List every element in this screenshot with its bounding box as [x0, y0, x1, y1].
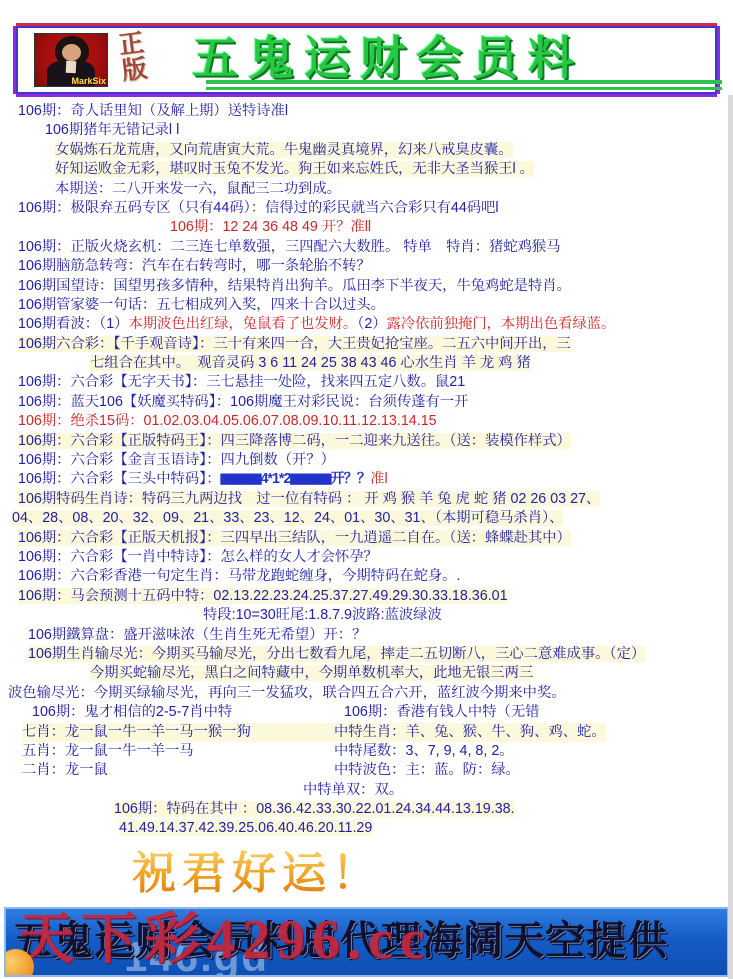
text-line: 女娲炼石龙荒唐，又向荒唐寅大荒。牛鬼幽灵真境界，幻来八戒臭皮囊。	[55, 141, 733, 160]
text-segment: 106期生肖输尽光：今期买马输尽光，分出七数看九尾，摔走二五切断八，三心二意难成…	[28, 646, 645, 662]
text-segment: 106期：马会预测十五码中特：02.13.22.23.24.25.37.27.4…	[18, 588, 508, 604]
text-line: 106期：六合彩【无字天书】：三七悬挂一处险，找来四五定八数。鼠21	[18, 373, 733, 392]
text-line: 04、28、08、20、32、09、21、33、23、12、24、01、30、3…	[12, 509, 733, 528]
text-line: 好知运败金无彩，堪叹时玉兔不发光。狗王如来忘姓氏，无非大圣当猴王l 。	[55, 160, 733, 179]
text-line: 106期：绝杀15码：01.02.03.04.05.06.07.08.09.10…	[18, 412, 733, 431]
text-segment: 106期鐵算盘：盛开滋味浓（生肖生死无希望）开：？	[28, 627, 366, 643]
text-segment: 106期特码生肖诗：特码三九两边找 过一位有特码 ： 开 鸡 猴 羊 兔 虎 蛇…	[18, 491, 600, 507]
wish-text: 祝君好运！	[132, 847, 492, 903]
text-segment: 七肖：龙一鼠一牛一羊一马一猴一狗	[22, 723, 334, 742]
text-segment: 今期买蛇输尽光，黑白之间特藏中，今期单数机率大，此地无银三两三	[90, 665, 533, 681]
photo-caption: MarkSix	[71, 76, 106, 86]
text-segment: 波色输尽光：今期买绿输尽光，再向三一发猛攻，联合四五合六开，蓝红波今期来中奖。	[8, 685, 566, 701]
text-segment: 中特生肖：羊、兔、猴、牛、狗、鸡、蛇。	[334, 723, 606, 742]
title-underline	[206, 80, 722, 90]
text-segment: 106期：鬼才相信的2-5-7肖中特	[32, 703, 344, 722]
text-line: 七肖：龙一鼠一牛一羊一马一猴一狗中特生肖：羊、兔、猴、牛、狗、鸡、蛇。	[22, 723, 733, 742]
text-segment: 106期：蓝天106【妖魔买特码】：106期魔王对彩民说：台须传蓬有一开	[18, 394, 468, 410]
text-segment: 本期送：二八开来发一六，鼠配三二功到成。	[55, 181, 341, 197]
text-segment: 04、28、08、20、32、09、21、33、23、12、24、01、30、3…	[12, 510, 563, 526]
text-line: 41.49.14.37.42.39.25.06.40.46.20.11.29	[119, 819, 733, 838]
text-segment: 女娲炼石龙荒唐，又向荒唐寅大荒。牛鬼幽灵真境界，幻来八戒臭皮囊。	[55, 142, 513, 158]
text-line: 今期买蛇输尽光，黑白之间特藏中，今期单数机率大，此地无银三两三	[90, 664, 733, 683]
text-line: 106期脑筋急转弯：汽车在右转弯时，哪一条轮胎不转？	[18, 257, 733, 276]
text-line: 二肖：龙一鼠中特波色：主：蓝。防：绿。	[22, 761, 733, 780]
text-segment: 好知运败金无彩，堪叹时玉兔不发光。狗王如来忘姓氏，无非大圣当猴王l 。	[55, 161, 534, 177]
text-line: 106期：六合彩【正版天机报】：三四早出三结队，一九逍遥二自在。（送：蜂蝶赴其中…	[18, 529, 733, 548]
text-segment: 本期波色出红绿，兔鼠看了也发财。	[128, 316, 357, 332]
text-segment: 露冷依前独掩门，本期出色看绿蓝。	[387, 316, 616, 332]
text-segment: 106期：特码在其中 ：08.36.42.33.30.22.01.24.34.4…	[114, 801, 515, 817]
title-underline-bar	[206, 87, 722, 90]
text-line: 波色输尽光：今期买绿输尽光，再向三一发猛攻，联合四五合六开，蓝红波今期来中奖。	[8, 684, 733, 703]
text-line: 106期生肖输尽光：今期买马输尽光，分出七数看九尾，摔走二五切断八，三心二意难成…	[28, 645, 733, 664]
text-line: 106期：六合彩【金言玉语诗】：四九倒数（开？）	[18, 451, 733, 470]
text-line: 106期猪年无错记录l l	[45, 121, 733, 140]
text-line: 五肖：龙一鼠一牛一羊一马中特尾数：3、7, 9, 4, 8, 2。	[22, 742, 733, 761]
text-segment: 106期：六合彩【三头中特码】：	[18, 471, 221, 487]
flyer-page: { "header": { "title": "五鬼运财会员料", "stamp…	[0, 0, 733, 979]
right-edge-strip	[728, 95, 733, 979]
text-line: 106期：六合彩【一肖中特诗】：怎么样的女人才会怀孕？	[18, 548, 733, 567]
footer-banner: 146.gd 五鬼运财会员料总代理海阔天空提供 天下彩4296.cc	[4, 907, 729, 977]
text-line: 106期：极限弃五码专区（只有44码）：信得过的彩民就当六合彩只有44码吧l	[18, 199, 733, 218]
text-segment: 106期猪年无错记录l l	[45, 122, 179, 138]
text-line: 106期看波：（1）本期波色出红绿，兔鼠看了也发财。（2）露冷依前独掩门，本期出…	[18, 315, 733, 334]
member-photo: MarkSix	[34, 33, 108, 87]
text-segment: 41.49.14.37.42.39.25.06.40.46.20.11.29	[119, 820, 372, 836]
text-segment: 106期：六合彩【正版特码王】：四三降落博二码，一二迎来九送往。（送：装模作样式…	[18, 433, 571, 449]
header-frame: MarkSix 正版 五鬼运财会员料	[16, 26, 717, 94]
text-segment: 106期：香港有钱人中特（无错	[344, 703, 539, 722]
text-line: 106期：12 24 36 48 49 开？准ll	[170, 218, 733, 237]
text-line: 106期：六合彩香港一句定生肖：马带龙跑蛇缠身，今期特码在蛇身。.	[18, 567, 733, 586]
text-segment: 106期：六合彩【正版天机报】：三四早出三结队，一九逍遥二自在。（送：蜂蝶赴其中…	[18, 530, 571, 546]
text-line: 本期送：二八开来发一六，鼠配三二功到成。	[55, 180, 733, 199]
text-segment: 106期六合彩：【千手观音诗】：三十有来四一合，大王贵妃抢宝座。二五六中间开出，…	[18, 336, 571, 352]
text-segment: 106期看波：（1）	[18, 316, 128, 332]
text-line: 特段:10=30旺尾:1.8.7.9波路:蓝波绿波	[203, 606, 733, 625]
text-segment: 中特波色：主：蓝。防：绿。	[334, 761, 520, 780]
text-line: 106期：特码在其中 ：08.36.42.33.30.22.01.24.34.4…	[114, 800, 733, 819]
text-segment: 二肖：龙一鼠	[22, 761, 334, 780]
text-segment: 106期：极限弃五码专区（只有44码）：信得过的彩民就当六合彩只有44码吧l	[18, 200, 499, 216]
text-line: 106期管家婆一句话：五七相成列入奖，四来十合以过头。	[18, 296, 733, 315]
text-segment: 106期：奇人话里知（及解上期）送特诗准l	[18, 103, 288, 119]
text-segment: 七组合在其中。 观音灵码 3 6 11 24 25 38 43 46 心水生肖 …	[90, 355, 531, 371]
text-line: 106期六合彩：【千手观音诗】：三十有来四一合，大王贵妃抢宝座。二五六中间开出，…	[18, 335, 733, 354]
text-segment: 106期：六合彩香港一句定生肖：马带龙跑蛇缠身，今期特码在蛇身。.	[18, 568, 460, 584]
text-line: 106期：奇人话里知（及解上期）送特诗准l	[18, 102, 733, 121]
text-line: 106期：正版火烧玄机：二三连七单数强，三四配六大数胜。 特单 特肖：猪蛇鸡猴马	[18, 238, 733, 257]
text-line: 106期鐵算盘：盛开滋味浓（生肖生死无希望）开：？	[28, 626, 733, 645]
text-segment: 106期：12 24 36 48 49 开？准ll	[170, 219, 371, 235]
authenticity-stamp: 正版	[113, 30, 153, 86]
text-segment: ▆▆▆4*1*2▆▆▆开？？	[221, 471, 371, 487]
text-line: 106期特码生肖诗：特码三九两边找 过一位有特码 ： 开 鸡 猴 羊 兔 虎 蛇…	[18, 490, 733, 509]
text-segment: 106期管家婆一句话：五七相成列入奖，四来十合以过头。	[18, 297, 385, 313]
body-lines: 106期：奇人话里知（及解上期）送特诗准l106期猪年无错记录l l女娲炼石龙荒…	[0, 96, 733, 839]
text-line: 106期：鬼才相信的2-5-7肖中特106期：香港有钱人中特（无错	[32, 703, 733, 722]
text-segment: （2）	[357, 316, 386, 332]
text-line: 中特单双：双。	[303, 781, 733, 800]
text-line: 七组合在其中。 观音灵码 3 6 11 24 25 38 43 46 心水生肖 …	[90, 354, 733, 373]
text-segment: 106期：六合彩【金言玉语诗】：四九倒数（开？）	[18, 452, 335, 468]
photo-person-face	[62, 44, 81, 61]
text-segment: 106期：六合彩【一肖中特诗】：怎么样的女人才会怀孕？	[18, 549, 378, 565]
text-segment: 106期：六合彩【无字天书】：三七悬挂一处险，找来四五定八数。鼠21	[18, 374, 465, 390]
text-line: 106期：六合彩【三头中特码】：▆▆▆4*1*2▆▆▆开？？准l	[18, 470, 733, 489]
text-segment: 中特尾数：3、7, 9, 4, 8, 2。	[334, 742, 514, 761]
text-segment: 106期国望诗：国望男孩多情种，结果特肖出狗羊。瓜田李下半夜天，牛兔鸡蛇是特肖。	[18, 278, 571, 294]
text-segment: 106期：绝杀15码：01.02.03.04.05.06.07.08.09.10…	[18, 413, 437, 429]
text-line: 106期：马会预测十五码中特：02.13.22.23.24.25.37.27.4…	[18, 587, 733, 606]
text-segment: 五肖：龙一鼠一牛一羊一马	[22, 742, 334, 761]
text-segment: 特段:10=30旺尾:1.8.7.9波路:蓝波绿波	[203, 607, 442, 623]
text-segment: 中特单双：双。	[303, 782, 403, 798]
photo-person-collar	[66, 61, 77, 74]
text-segment: 106期：正版火烧玄机：二三连七单数强，三四配六大数胜。 特单 特肖：猪蛇鸡猴马	[18, 239, 561, 255]
title-underline-bar	[206, 80, 722, 84]
text-segment: 准l	[370, 471, 387, 487]
banner-overlay-text: 天下彩4296.cc	[18, 907, 432, 973]
text-line: 106期：蓝天106【妖魔买特码】：106期魔王对彩民说：台须传蓬有一开	[18, 393, 733, 412]
text-line: 106期国望诗：国望男孩多情种，结果特肖出狗羊。瓜田李下半夜天，牛兔鸡蛇是特肖。	[18, 277, 733, 296]
text-line: 106期：六合彩【正版特码王】：四三降落博二码，一二迎来九送往。（送：装模作样式…	[18, 432, 733, 451]
page-title: 五鬼运财会员料	[158, 22, 709, 88]
text-segment: 106期脑筋急转弯：汽车在右转弯时，哪一条轮胎不转？	[18, 258, 371, 274]
